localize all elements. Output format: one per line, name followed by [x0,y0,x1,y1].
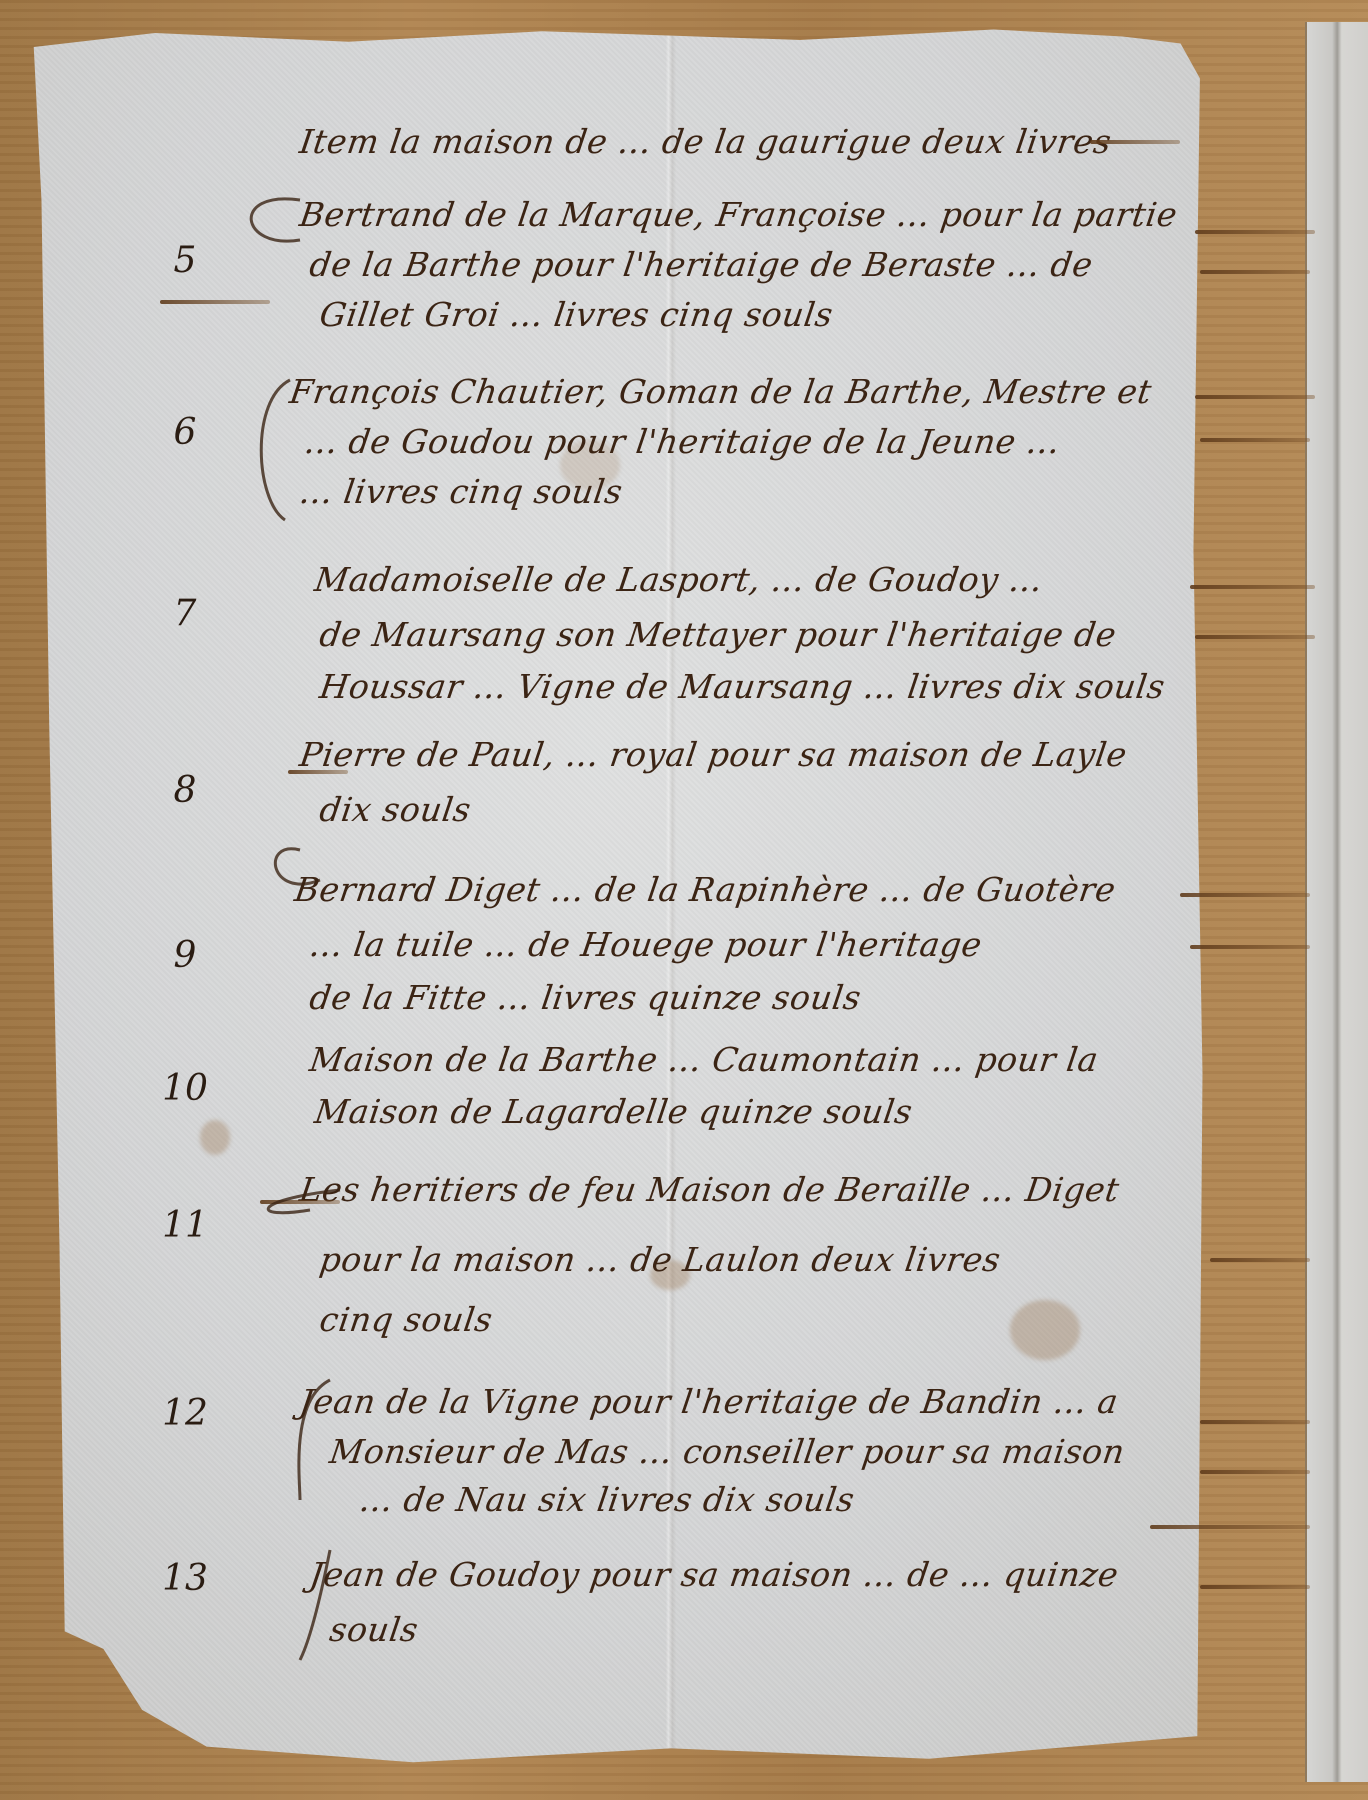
calligraphic-flourishes [0,0,1368,1800]
